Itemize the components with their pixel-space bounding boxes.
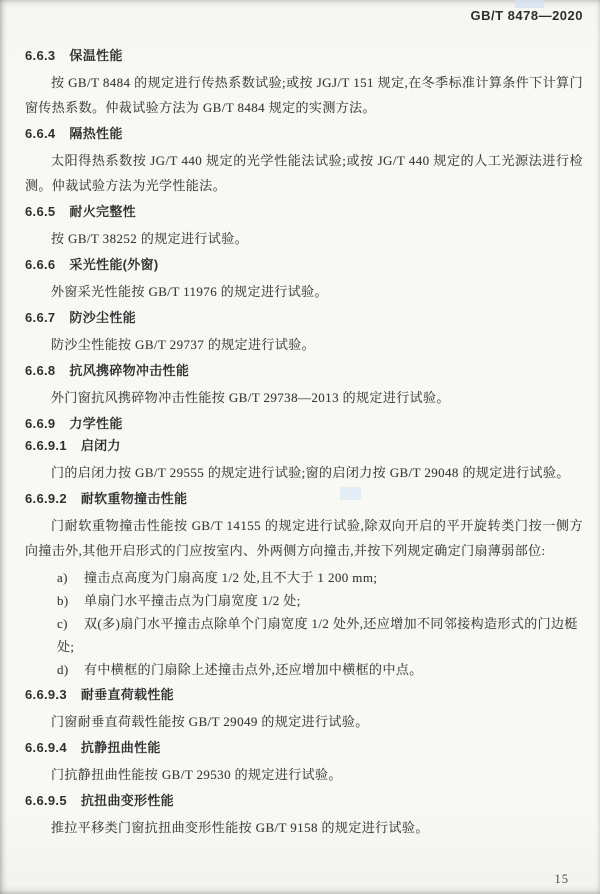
section-number: 6.6.6	[25, 257, 55, 272]
section-6-6-4: 6.6.4隔热性能 太阳得热系数按 JG/T 440 规定的光学性能法试验;或按…	[25, 126, 583, 198]
section-title: 耐垂直荷载性能	[81, 687, 174, 702]
section-paragraph: 门抗静扭曲性能按 GB/T 29530 的规定进行试验。	[25, 762, 583, 787]
section-heading: 6.6.6采光性能(外窗)	[25, 257, 583, 273]
section-number: 6.6.9	[25, 416, 55, 431]
section-paragraph: 门耐软重物撞击性能按 GB/T 14155 的规定进行试验,除双向开启的平开旋转…	[25, 513, 583, 563]
section-paragraph: 太阳得热系数按 JG/T 440 规定的光学性能法试验;或按 JG/T 440 …	[25, 148, 583, 198]
section-heading: 6.6.9.3耐垂直荷载性能	[25, 687, 583, 703]
section-heading: 6.6.3保温性能	[25, 48, 583, 64]
section-heading: 6.6.4隔热性能	[25, 126, 583, 142]
list-item: d)有中横框的门扇除上述撞击点外,还应增加中横框的中点。	[57, 658, 583, 681]
list-text: 撞击点高度为门扇高度 1/2 处,且不大于 1 200 mm;	[84, 570, 377, 585]
list-marker: d)	[57, 658, 74, 681]
document-page: GB/T 8478—2020 6.6.3保温性能 按 GB/T 8484 的规定…	[0, 0, 600, 894]
section-paragraph: 外门窗抗风携碎物冲击性能按 GB/T 29738—2013 的规定进行试验。	[25, 385, 583, 410]
section-heading: 6.6.9.2耐软重物撞击性能	[25, 491, 583, 507]
list-item: c)双(多)扇门水平撞击点除单个门扇宽度 1/2 处外,还应增加不同邻接构造形式…	[57, 612, 583, 658]
section-heading: 6.6.9.4抗静扭曲性能	[25, 740, 583, 756]
section-number: 6.6.4	[25, 126, 55, 141]
section-number: 6.6.3	[25, 48, 55, 63]
list-text: 双(多)扇门水平撞击点除单个门扇宽度 1/2 处外,还应增加不同邻接构造形式的门…	[57, 616, 578, 654]
list-marker: a)	[57, 566, 74, 589]
section-number: 6.6.8	[25, 363, 55, 378]
section-heading: 6.6.9力学性能	[25, 416, 583, 432]
section-6-6-9-5: 6.6.9.5抗扭曲变形性能 推拉平移类门窗抗扭曲变形性能按 GB/T 9158…	[25, 793, 583, 840]
section-title: 抗扭曲变形性能	[81, 793, 174, 808]
section-number: 6.6.9.1	[25, 438, 67, 453]
section-title: 力学性能	[69, 416, 122, 431]
section-6-6-9: 6.6.9力学性能	[25, 416, 583, 432]
section-6-6-9-2: 6.6.9.2耐软重物撞击性能 门耐软重物撞击性能按 GB/T 14155 的规…	[25, 491, 583, 681]
section-paragraph: 防沙尘性能按 GB/T 29737 的规定进行试验。	[25, 332, 583, 357]
section-heading: 6.6.8抗风携碎物冲击性能	[25, 363, 583, 379]
section-paragraph: 外窗采光性能按 GB/T 11976 的规定进行试验。	[25, 279, 583, 304]
section-6-6-6: 6.6.6采光性能(外窗) 外窗采光性能按 GB/T 11976 的规定进行试验…	[25, 257, 583, 304]
section-title: 启闭力	[81, 438, 121, 453]
section-6-6-5: 6.6.5耐火完整性 按 GB/T 38252 的规定进行试验。	[25, 204, 583, 251]
section-title: 抗风携碎物冲击性能	[69, 363, 189, 378]
list-item: a)撞击点高度为门扇高度 1/2 处,且不大于 1 200 mm;	[57, 566, 583, 589]
list-text: 单扇门水平撞击点为门扇宽度 1/2 处;	[84, 593, 301, 608]
section-paragraph: 按 GB/T 8484 的规定进行传热系数试验;或按 JGJ/T 151 规定,…	[25, 70, 583, 120]
list-item: b)单扇门水平撞击点为门扇宽度 1/2 处;	[57, 589, 583, 612]
section-title: 防沙尘性能	[69, 310, 136, 325]
section-paragraph: 推拉平移类门窗抗扭曲变形性能按 GB/T 9158 的规定进行试验。	[25, 815, 583, 840]
section-heading: 6.6.9.1启闭力	[25, 438, 583, 454]
section-number: 6.6.9.5	[25, 793, 67, 808]
section-6-6-9-3: 6.6.9.3耐垂直荷载性能 门窗耐垂直荷载性能按 GB/T 29049 的规定…	[25, 687, 583, 734]
section-heading: 6.6.7防沙尘性能	[25, 310, 583, 326]
page-number: 15	[555, 872, 570, 887]
section-title: 保温性能	[69, 48, 122, 63]
section-paragraph: 门的启闭力按 GB/T 29555 的规定进行试验;窗的启闭力按 GB/T 29…	[25, 460, 583, 485]
section-number: 6.6.9.4	[25, 740, 67, 755]
section-6-6-7: 6.6.7防沙尘性能 防沙尘性能按 GB/T 29737 的规定进行试验。	[25, 310, 583, 357]
section-title: 耐火完整性	[69, 204, 136, 219]
section-number: 6.6.9.3	[25, 687, 67, 702]
section-paragraph: 按 GB/T 38252 的规定进行试验。	[25, 226, 583, 251]
section-6-6-8: 6.6.8抗风携碎物冲击性能 外门窗抗风携碎物冲击性能按 GB/T 29738—…	[25, 363, 583, 410]
section-title: 耐软重物撞击性能	[81, 491, 187, 506]
section-paragraph: 门窗耐垂直荷载性能按 GB/T 29049 的规定进行试验。	[25, 709, 583, 734]
section-number: 6.6.7	[25, 310, 55, 325]
standard-number-header: GB/T 8478—2020	[25, 8, 583, 24]
section-6-6-9-1: 6.6.9.1启闭力 门的启闭力按 GB/T 29555 的规定进行试验;窗的启…	[25, 438, 583, 485]
page-content: GB/T 8478—2020 6.6.3保温性能 按 GB/T 8484 的规定…	[0, 0, 600, 840]
list-marker: c)	[57, 612, 74, 635]
section-number: 6.6.5	[25, 204, 55, 219]
section-title: 采光性能(外窗)	[69, 257, 158, 272]
impact-point-list: a)撞击点高度为门扇高度 1/2 处,且不大于 1 200 mm; b)单扇门水…	[25, 566, 583, 681]
section-6-6-9-4: 6.6.9.4抗静扭曲性能 门抗静扭曲性能按 GB/T 29530 的规定进行试…	[25, 740, 583, 787]
section-title: 隔热性能	[69, 126, 122, 141]
section-heading: 6.6.5耐火完整性	[25, 204, 583, 220]
section-6-6-3: 6.6.3保温性能 按 GB/T 8484 的规定进行传热系数试验;或按 JGJ…	[25, 48, 583, 120]
section-title: 抗静扭曲性能	[81, 740, 161, 755]
section-number: 6.6.9.2	[25, 491, 67, 506]
section-heading: 6.6.9.5抗扭曲变形性能	[25, 793, 583, 809]
list-text: 有中横框的门扇除上述撞击点外,还应增加中横框的中点。	[84, 662, 423, 677]
list-marker: b)	[57, 589, 74, 612]
